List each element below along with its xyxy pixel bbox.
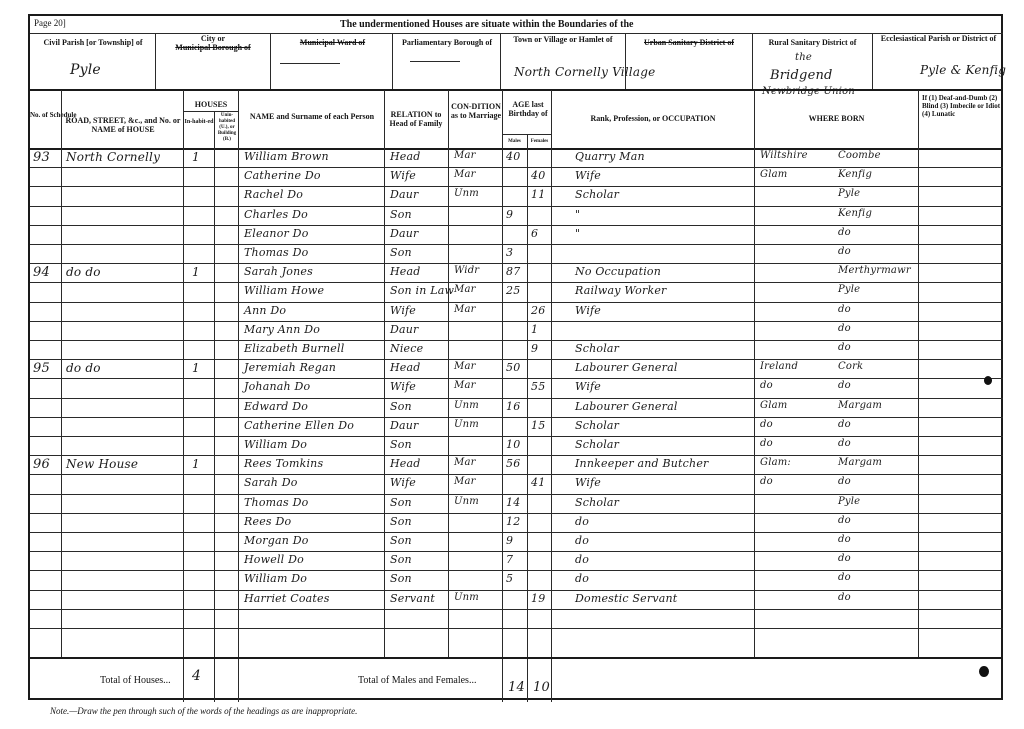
born-place-cell: Kenfig: [838, 208, 872, 219]
female-age-cell: 26: [531, 304, 545, 317]
relation-cell: Son: [390, 246, 412, 259]
divider: [625, 33, 626, 90]
condition-cell: Mar: [454, 304, 476, 315]
condition-cell: Mar: [454, 457, 476, 468]
born-place-cell: do: [838, 304, 851, 315]
relation-cell: Daur: [390, 188, 419, 201]
born-place-cell: Merthyrmawr: [838, 265, 911, 276]
inhabited-cell: 1: [192, 457, 200, 471]
born-place-cell: do: [838, 553, 851, 564]
civil-parish-heading: Civil Parish [or Township] of: [32, 38, 154, 47]
table-row: Charles DoSon9"Kenfig: [30, 206, 1005, 225]
table-row: William DoSon5dodo: [30, 570, 1005, 589]
table-row: Morgan DoSon9dodo: [30, 532, 1005, 551]
relation-cell: Head: [390, 150, 421, 163]
ink-blot: [979, 666, 989, 677]
name-cell: William Howe: [244, 284, 324, 297]
condition-cell: Mar: [454, 150, 476, 161]
relation-cell: Son: [390, 515, 412, 528]
occupation-cell: ": [575, 208, 580, 221]
born-place-cell: Pyle: [838, 496, 860, 507]
relation-cell: Daur: [390, 323, 419, 336]
total-persons-label: Total of Males and Females...: [358, 676, 476, 685]
table-row: Ann DoWifeMar26Wifedo: [30, 302, 1005, 321]
table-row: Rachel DoDaurUnm11ScholarPyle: [30, 186, 1005, 205]
page-title: The undermentioned Houses are situate wi…: [340, 19, 633, 30]
male-age-cell: 25: [506, 284, 520, 297]
name-cell: Catherine Ellen Do: [244, 419, 354, 432]
census-sheet: Page 20] The undermentioned Houses are s…: [28, 14, 1003, 700]
total-males-value: 14: [508, 680, 525, 695]
inhabited-cell: 1: [192, 265, 200, 279]
road-cell: do do: [66, 265, 101, 279]
name-cell: Edward Do: [244, 400, 308, 413]
row-line: [30, 609, 1003, 610]
born-place-cell: do: [838, 342, 851, 353]
born-county-cell: Ireland: [760, 361, 798, 372]
born-place-cell: do: [838, 592, 851, 603]
col-schedule: No. of Schedule: [30, 111, 61, 120]
table-row: Howell DoSon7dodo: [30, 551, 1005, 570]
condition-cell: Mar: [454, 169, 476, 180]
name-cell: William Do: [244, 572, 307, 585]
divider: [155, 33, 156, 90]
name-cell: Rachel Do: [244, 188, 303, 201]
divider: [30, 89, 1003, 91]
occupation-cell: do: [575, 534, 589, 547]
female-age-cell: 6: [531, 227, 538, 240]
divider: [392, 33, 393, 90]
condition-cell: Unm: [454, 592, 479, 603]
condition-cell: Unm: [454, 400, 479, 411]
born-place-cell: Margam: [838, 400, 882, 411]
female-age-cell: 1: [531, 323, 538, 336]
ecclesiastical-heading: Ecclesiastical Parish or District of: [876, 34, 1001, 43]
divider: [872, 33, 873, 90]
col-relation: RELATION to Head of Family: [385, 110, 447, 128]
relation-cell: Son: [390, 438, 412, 451]
inhabited-cell: 1: [192, 150, 200, 164]
name-cell: William Do: [244, 438, 307, 451]
col-condition: CON-DITION as to Marriage: [450, 102, 502, 120]
union-annotation: Newbridge Union: [762, 86, 855, 97]
born-place-cell: Pyle: [838, 284, 860, 295]
male-age-cell: 14: [506, 496, 520, 509]
name-cell: Ann Do: [244, 304, 286, 317]
urban-sanitary-heading: Urban Sanitary District of: [628, 38, 750, 47]
born-county-cell: do: [760, 476, 773, 487]
relation-cell: Wife: [390, 169, 416, 182]
occupation-cell: Labourer General: [575, 361, 678, 374]
female-age-cell: 11: [531, 188, 545, 201]
born-place-cell: do: [838, 572, 851, 583]
male-age-cell: 87: [506, 265, 520, 278]
relation-cell: Head: [390, 457, 421, 470]
male-age-cell: 56: [506, 457, 520, 470]
table-row: William HoweSon in LawMar25Railway Worke…: [30, 282, 1005, 301]
ecclesiastical-value: Pyle & Kenfig: [920, 63, 1006, 77]
born-place-cell: do: [838, 419, 851, 430]
condition-cell: Mar: [454, 361, 476, 372]
col-infirmity: If (1) Deaf-and-Dumb (2) Blind (3) Imbec…: [922, 94, 1002, 118]
rural-sanitary-heading: Rural Sanitary District of: [754, 38, 871, 47]
relation-cell: Son: [390, 496, 412, 509]
col-where-born: WHERE BORN: [755, 114, 918, 123]
road-cell: do do: [66, 361, 101, 375]
female-age-cell: 55: [531, 380, 545, 393]
born-place-cell: Cork: [838, 361, 863, 372]
footer-note: Note.—Draw the pen through such of the w…: [50, 706, 357, 716]
relation-cell: Son: [390, 553, 412, 566]
relation-cell: Wife: [390, 304, 416, 317]
name-cell: Elizabeth Burnell: [244, 342, 344, 355]
schedule-cell: 96: [33, 457, 50, 472]
relation-cell: Head: [390, 265, 421, 278]
divider: [500, 33, 501, 90]
born-county-cell: do: [760, 438, 773, 449]
table-row: Thomas DoSonUnm14ScholarPyle: [30, 494, 1005, 513]
condition-cell: Unm: [454, 496, 479, 507]
col-name: NAME and Surname of each Person: [242, 112, 382, 121]
name-cell: William Brown: [244, 150, 329, 163]
born-place-cell: do: [838, 246, 851, 257]
city-heading: City or Municipal Borough of: [158, 34, 268, 52]
table-row: Harriet CoatesServantUnm19Domestic Serva…: [30, 590, 1005, 609]
born-place-cell: Coombe: [838, 150, 881, 161]
relation-cell: Daur: [390, 419, 419, 432]
table-row: Edward DoSonUnm16Labourer GeneralGlamMar…: [30, 398, 1005, 417]
relation-cell: Servant: [390, 592, 435, 605]
relation-cell: Son: [390, 208, 412, 221]
condition-cell: Mar: [454, 380, 476, 391]
born-place-cell: do: [838, 515, 851, 526]
road-cell: New House: [66, 457, 138, 471]
town-value: North Cornelly Village: [514, 65, 655, 79]
table-row: 95do do1Jeremiah ReganHeadMar50Labourer …: [30, 359, 1005, 378]
name-cell: Harriet Coates: [244, 592, 330, 605]
occupation-cell: Railway Worker: [575, 284, 667, 297]
born-county-cell: do: [760, 380, 773, 391]
name-cell: Mary Ann Do: [244, 323, 320, 336]
occupation-cell: Quarry Man: [575, 150, 645, 163]
row-line: [30, 628, 1003, 629]
occupation-cell: Scholar: [575, 496, 619, 509]
table-row: Mary Ann DoDaur1do: [30, 321, 1005, 340]
divider: [752, 33, 753, 90]
name-cell: Eleanor Do: [244, 227, 309, 240]
condition-cell: Widr: [454, 265, 479, 276]
total-houses-label: Total of Houses...: [100, 676, 171, 685]
occupation-cell: Scholar: [575, 188, 619, 201]
name-cell: Rees Tomkins: [244, 457, 323, 470]
schedule-cell: 94: [33, 265, 50, 280]
male-age-cell: 16: [506, 400, 520, 413]
occupation-cell: Labourer General: [575, 400, 678, 413]
female-age-cell: 9: [531, 342, 538, 355]
schedule-cell: 93: [33, 150, 50, 165]
col-houses: HOUSES: [184, 100, 238, 109]
occupation-cell: Innkeeper and Butcher: [575, 457, 709, 470]
col-road: ROAD, STREET, &c., and No. or NAME of HO…: [63, 116, 183, 134]
occupation-cell: Scholar: [575, 438, 619, 451]
total-females-value: 10: [533, 680, 550, 695]
female-age-cell: 41: [531, 476, 545, 489]
heading-text: Municipal Borough of: [158, 43, 268, 52]
name-cell: Jeremiah Regan: [244, 361, 336, 374]
table-row: Thomas DoSon3do: [30, 244, 1005, 263]
rural-sanitary-value: Bridgend: [770, 68, 833, 83]
female-age-cell: 15: [531, 419, 545, 432]
dash-mark: [280, 63, 340, 64]
name-cell: Charles Do: [244, 208, 308, 221]
rural-sanitary-the: the: [795, 52, 812, 63]
heading-text: Civil Parish [or Township] of: [44, 38, 143, 47]
occupation-cell: Scholar: [575, 419, 619, 432]
table-row: Johanah DoWifeMar55Wifedodo: [30, 378, 1005, 397]
col-age: AGE last Birthday of: [504, 100, 552, 118]
schedule-cell: 95: [33, 361, 50, 376]
condition-cell: Unm: [454, 419, 479, 430]
divider: [184, 111, 238, 112]
name-cell: Sarah Do: [244, 476, 298, 489]
table-row: Catherine DoWifeMar40WifeGlamKenfig: [30, 167, 1005, 186]
relation-cell: Son: [390, 572, 412, 585]
occupation-cell: do: [575, 515, 589, 528]
dash-mark: [410, 61, 460, 62]
born-county-cell: Glam:: [760, 457, 791, 468]
name-cell: Sarah Jones: [244, 265, 313, 278]
occupation-cell: Domestic Servant: [575, 592, 677, 605]
table-row: 96New House1Rees TomkinsHeadMar56Innkeep…: [30, 455, 1005, 474]
condition-cell: Unm: [454, 188, 479, 199]
born-place-cell: Kenfig: [838, 169, 872, 180]
born-place-cell: Pyle: [838, 188, 860, 199]
occupation-cell: Wife: [575, 476, 601, 489]
born-place-cell: do: [838, 476, 851, 487]
municipal-ward-heading: Municipal Ward of: [275, 38, 390, 47]
inhabited-cell: 1: [192, 361, 200, 375]
relation-cell: Son in Law: [390, 284, 454, 297]
male-age-cell: 3: [506, 246, 513, 259]
occupation-cell: Wife: [575, 169, 601, 182]
name-cell: Morgan Do: [244, 534, 309, 547]
born-place-cell: do: [838, 227, 851, 238]
occupation-cell: do: [575, 572, 589, 585]
col-males: Males: [502, 137, 527, 146]
page-number: Page 20]: [34, 19, 66, 28]
table-row: Rees DoSon12dodo: [30, 513, 1005, 532]
female-age-cell: 19: [531, 592, 545, 605]
male-age-cell: 40: [506, 150, 520, 163]
occupation-cell: Scholar: [575, 342, 619, 355]
born-county-cell: Glam: [760, 169, 787, 180]
heading-top: City or: [158, 34, 268, 43]
occupation-cell: Wife: [575, 304, 601, 317]
col-inhabited: In-habit-ed: [184, 119, 214, 126]
occupation-cell: do: [575, 553, 589, 566]
name-cell: Thomas Do: [244, 246, 308, 259]
born-place-cell: do: [838, 323, 851, 334]
parliamentary-heading: Parliamentary Borough of: [395, 38, 499, 47]
relation-cell: Head: [390, 361, 421, 374]
col-occupation: Rank, Profession, or OCCUPATION: [552, 114, 754, 123]
table-row: Catherine Ellen DoDaurUnm15Scholardodo: [30, 417, 1005, 436]
table-row: 93North Cornelly1William BrownHeadMar40Q…: [30, 148, 1005, 167]
relation-cell: Son: [390, 534, 412, 547]
female-age-cell: 40: [531, 169, 545, 182]
name-cell: Catherine Do: [244, 169, 321, 182]
name-cell: Johanah Do: [244, 380, 310, 393]
occupation-cell: Wife: [575, 380, 601, 393]
relation-cell: Daur: [390, 227, 419, 240]
name-cell: Howell Do: [244, 553, 304, 566]
male-age-cell: 50: [506, 361, 520, 374]
condition-cell: Mar: [454, 284, 476, 295]
male-age-cell: 9: [506, 208, 513, 221]
born-place-cell: Margam: [838, 457, 882, 468]
relation-cell: Son: [390, 400, 412, 413]
male-age-cell: 7: [506, 553, 513, 566]
table-row: Eleanor DoDaur6"do: [30, 225, 1005, 244]
table-row: 94do do1Sarah JonesHeadWidr87No Occupati…: [30, 263, 1005, 282]
born-place-cell: do: [838, 534, 851, 545]
road-cell: North Cornelly: [66, 150, 160, 164]
born-county-cell: Glam: [760, 400, 787, 411]
relation-cell: Wife: [390, 380, 416, 393]
male-age-cell: 10: [506, 438, 520, 451]
col-females: Females: [528, 137, 551, 146]
born-place-cell: do: [838, 380, 851, 391]
divider: [270, 33, 271, 90]
table-row: Elizabeth BurnellNiece9Scholardo: [30, 340, 1005, 359]
occupation-cell: ": [575, 227, 580, 240]
table-row: Sarah DoWifeMar41Wifedodo: [30, 474, 1005, 493]
name-cell: Thomas Do: [244, 496, 308, 509]
born-place-cell: do: [838, 438, 851, 449]
col-uninhabited: Unin-habited (U.), or Building (B.): [216, 113, 238, 143]
male-age-cell: 9: [506, 534, 513, 547]
born-county-cell: Wiltshire: [760, 150, 808, 161]
relation-cell: Wife: [390, 476, 416, 489]
name-cell: Rees Do: [244, 515, 291, 528]
born-county-cell: do: [760, 419, 773, 430]
occupation-cell: No Occupation: [575, 265, 661, 278]
male-age-cell: 5: [506, 572, 513, 585]
total-houses-value: 4: [192, 668, 201, 684]
relation-cell: Niece: [390, 342, 423, 355]
table-row: William DoSon10Scholardodo: [30, 436, 1005, 455]
condition-cell: Mar: [454, 476, 476, 487]
male-age-cell: 12: [506, 515, 520, 528]
civil-parish-value: Pyle: [70, 62, 101, 78]
town-heading: Town or Village or Hamlet of: [502, 35, 624, 44]
ink-blot: [984, 376, 992, 385]
divider: [30, 657, 1003, 659]
